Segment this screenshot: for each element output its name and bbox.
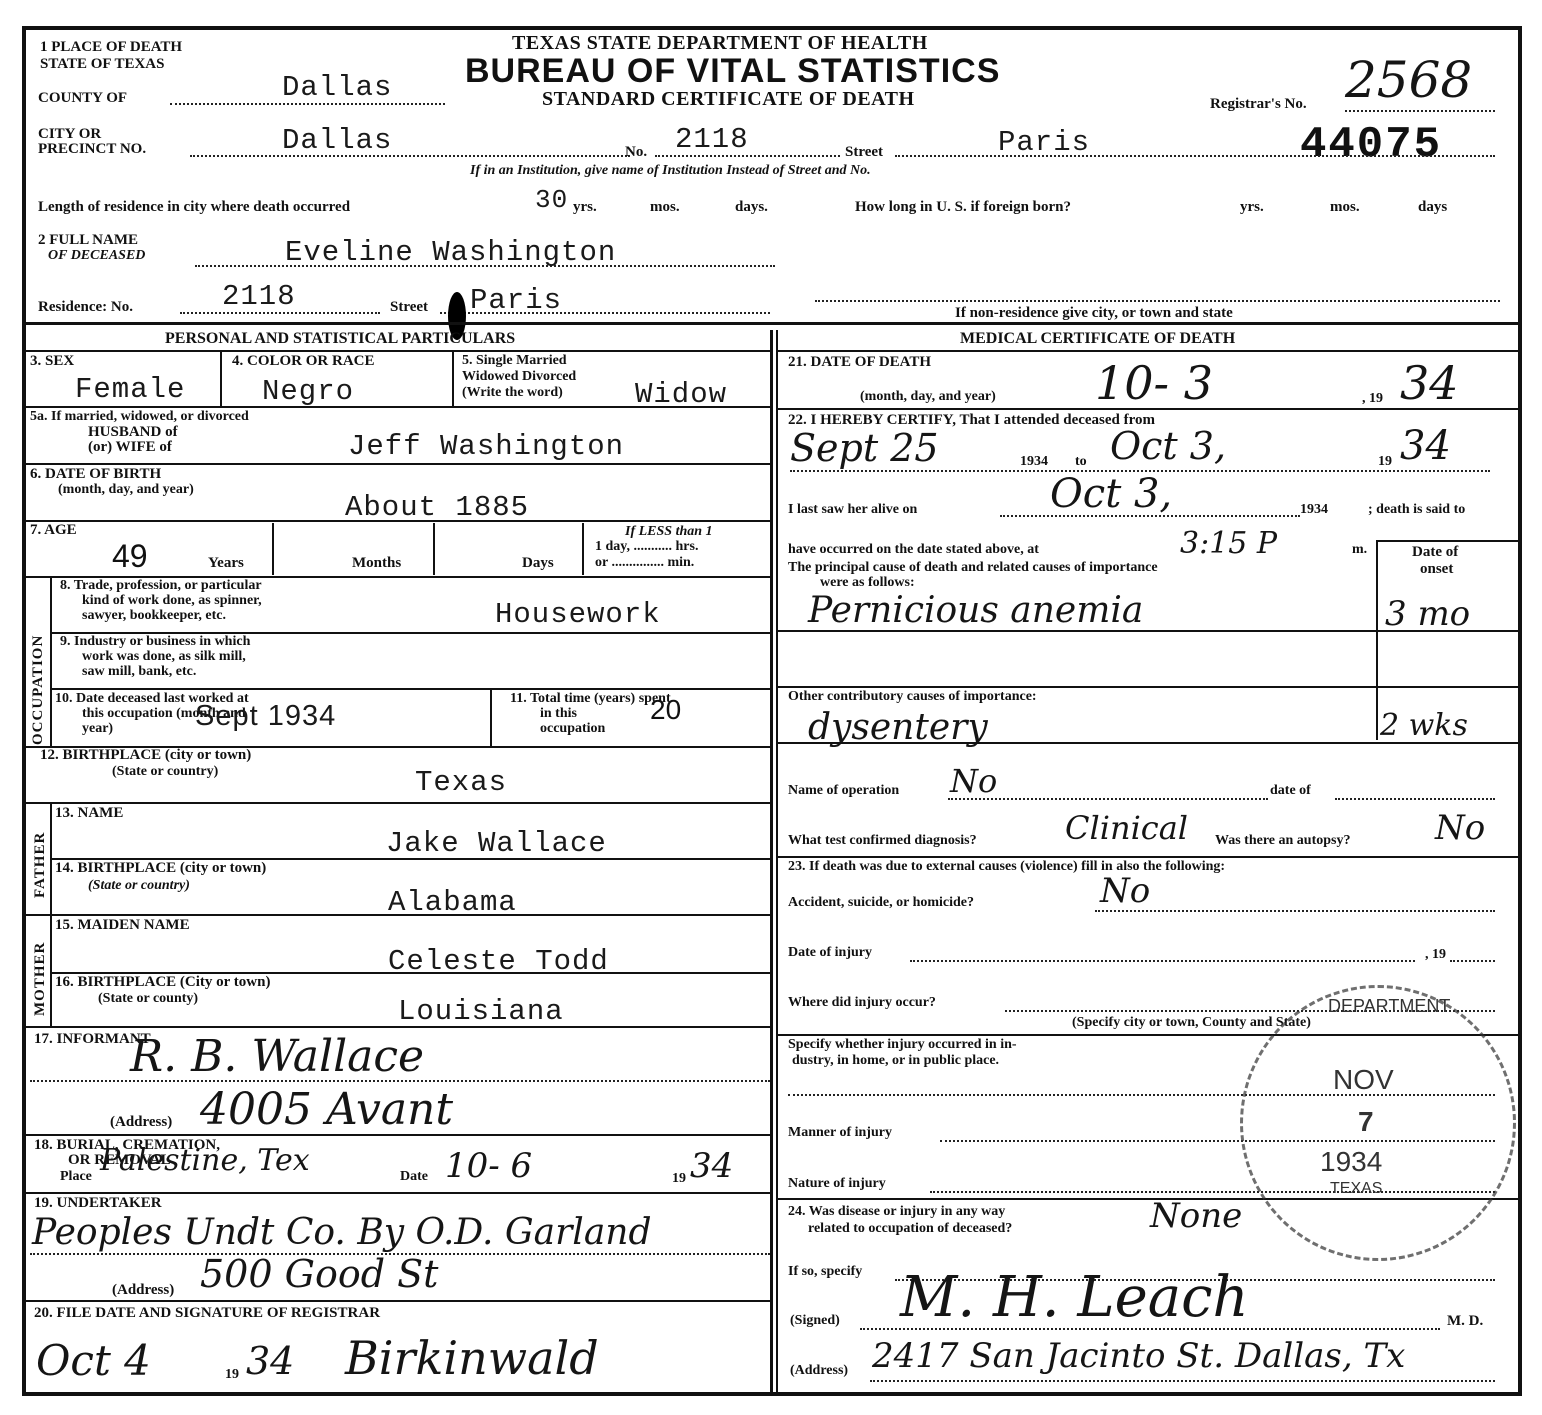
informant-line <box>30 1080 770 1082</box>
row-line <box>776 408 1518 410</box>
to-label: to <box>1075 455 1087 469</box>
county-value: Dallas <box>282 73 392 102</box>
received-stamp <box>1240 985 1516 1261</box>
marital-label-3: (Write the word) <box>462 386 563 400</box>
medical-section-title: MEDICAL CERTIFICATE OF DEATH <box>960 330 1235 348</box>
signed-label: (Signed) <box>790 1314 840 1328</box>
cause-label-2: were as follows: <box>820 576 915 590</box>
residence-street-label: Street <box>390 300 428 315</box>
row-line <box>776 742 1518 744</box>
total-time-value: 20 <box>650 694 681 726</box>
cause-onset-value: 3 mo <box>1385 598 1470 630</box>
father-vertical-label: FATHER <box>32 832 49 898</box>
days-label: Days <box>522 556 554 571</box>
row-line <box>26 802 770 804</box>
spouse-label-3: (or) WIFE of <box>88 440 172 455</box>
last-worked-value: Sept 1934 <box>195 702 336 731</box>
onset-label-2: onset <box>1420 562 1453 577</box>
occupation-related-value: None <box>1150 1200 1242 1232</box>
full-name-label-2: OF DECEASED <box>48 248 145 263</box>
marital-label-2: Widowed Divorced <box>462 370 576 384</box>
undertaker-address-value: 500 Good St <box>200 1258 438 1290</box>
row-line <box>776 686 1518 688</box>
death-said-label: ; death is said to <box>1368 503 1465 517</box>
row-line <box>26 463 770 465</box>
burial-year-value: 34 <box>690 1150 733 1182</box>
dod-label-1: 21. DATE OF DEATH <box>788 355 931 370</box>
cell-divider <box>272 523 274 575</box>
county-label: COUNTY OF <box>38 91 127 106</box>
street-no-value: 2118 <box>675 125 749 154</box>
personal-section-title: PERSONAL AND STATISTICAL PARTICULARS <box>165 330 515 348</box>
city-line <box>190 155 630 157</box>
form-title: STANDARD CERTIFICATE OF DEATH <box>542 88 915 111</box>
external-causes-label: 23. If death was due to external causes … <box>788 860 1225 874</box>
institution-note: If in an Institution, give name of Insti… <box>470 163 871 178</box>
mother-birthplace-label-2: (State or county) <box>98 992 198 1006</box>
physician-address-label: (Address) <box>790 1364 848 1378</box>
total-time-label-3: occupation <box>540 722 605 736</box>
row-line <box>50 688 770 690</box>
accident-value: No <box>1100 875 1150 907</box>
place-of-death-label: 1 PLACE OF DEATH <box>40 40 182 55</box>
father-name-value: Jake Wallace <box>386 829 607 858</box>
city-label-2: PRECINCT NO. <box>38 142 146 157</box>
street-label: Street <box>845 145 883 160</box>
physician-address-value: 2417 San Jacinto St. Dallas, Tx <box>872 1340 1405 1372</box>
dod-value: 10- 3 <box>1095 360 1213 406</box>
autopsy-value: No <box>1435 812 1485 844</box>
autopsy-label: Was there an autopsy? <box>1215 834 1350 848</box>
residence-years-value: 30 <box>535 186 568 215</box>
trade-label-3: sawyer, bookkeeper, etc. <box>82 609 226 623</box>
undertaker-value: Peoples Undt Co. By O.D. Garland <box>32 1215 652 1251</box>
stamp-top-text: DEPARTMENT <box>1328 996 1450 1017</box>
years-label: Years <box>208 556 244 571</box>
burial-place-value: Palestine, Tex <box>100 1145 310 1177</box>
injury-where-label: Where did injury occur? <box>788 996 936 1010</box>
mother-birthplace-value: Louisiana <box>398 997 564 1026</box>
trade-label-2: kind of work done, as spinner, <box>82 594 262 608</box>
row-line <box>26 1134 770 1136</box>
registrar-no-label: Registrar's No. <box>1210 97 1307 112</box>
stamp-month: NOV <box>1333 1064 1394 1096</box>
onset-divider <box>1376 540 1378 740</box>
manner-label: Manner of injury <box>788 1126 892 1140</box>
residence-no-value: 2118 <box>222 282 296 311</box>
file-date-value: Oct 4 <box>36 1340 151 1382</box>
stamp-year: 1934 <box>1320 1146 1382 1178</box>
informant-address-label: (Address) <box>110 1115 172 1130</box>
last-worked-label-3: year) <box>82 722 113 736</box>
row-line <box>26 1300 770 1302</box>
marital-value: Widow <box>635 380 727 409</box>
undertaker-address-label: (Address) <box>112 1283 174 1298</box>
marital-label-1: 5. Single Married <box>462 354 567 368</box>
registrar-no: 2568 <box>1345 55 1472 105</box>
injury-specify-label-2: dustry, in home, or in public place. <box>792 1054 999 1068</box>
city-value: Dallas <box>282 126 392 155</box>
less-than-label-3: or ............... min. <box>595 556 694 570</box>
cell-divider <box>582 523 584 575</box>
last-saw-line <box>1000 515 1300 517</box>
dod-label-2: (month, day, and year) <box>860 390 996 404</box>
nature-label: Nature of injury <box>788 1177 886 1191</box>
burial-year-prefix: 19 <box>672 1172 686 1186</box>
column-divider-2 <box>776 330 778 1392</box>
row-line <box>26 1192 770 1194</box>
stamp-day: 7 <box>1358 1106 1374 1138</box>
trade-value: Housework <box>495 600 661 629</box>
residence-no-label: Residence: No. <box>38 300 133 315</box>
foreign-yrs-label: yrs. <box>1240 200 1264 215</box>
accident-label: Accident, suicide, or homicide? <box>788 896 974 910</box>
burial-date-label: Date <box>400 1170 428 1184</box>
cell-divider <box>452 350 454 406</box>
less-than-label-1: If LESS than 1 <box>625 524 713 539</box>
spouse-value: Jeff Washington <box>348 432 624 461</box>
mother-name-label: 15. MAIDEN NAME <box>55 918 190 933</box>
row-line <box>26 1026 770 1028</box>
cell-divider <box>50 914 52 1026</box>
last-saw-label: I last saw her alive on <box>788 503 917 517</box>
deceased-name: Eveline Washington <box>285 238 616 267</box>
less-than-label-2: 1 day, ........... hrs. <box>595 540 698 554</box>
physician-signature: M. H. Leach <box>900 1270 1249 1326</box>
birthplace-label-2: (State or country) <box>112 765 218 779</box>
onset-label-1: Date of <box>1412 545 1458 560</box>
time-value: 3:15 P <box>1180 528 1277 560</box>
attended-from-year: 1934 <box>1020 455 1048 469</box>
operation-line <box>948 798 1268 800</box>
state-of-texas-label: STATE OF TEXAS <box>40 57 164 72</box>
residence-street-value: Paris <box>470 286 562 315</box>
mother-birthplace-label-1: 16. BIRTHPLACE (City or town) <box>55 975 270 990</box>
md-label: M. D. <box>1447 1314 1483 1329</box>
cause-value: Pernicious anemia <box>808 595 1143 627</box>
race-value: Negro <box>262 377 354 406</box>
operation-label: Name of operation <box>788 784 899 798</box>
column-divider <box>770 330 773 1392</box>
foreign-born-label: How long in U. S. if foreign born? <box>855 200 1071 215</box>
street-no-label: No. <box>625 145 647 160</box>
father-name-label: 13. NAME <box>55 806 123 821</box>
cell-divider <box>50 576 52 746</box>
city-label-1: CITY OR <box>38 127 101 142</box>
industry-label-3: saw mill, bank, etc. <box>82 665 196 679</box>
file-date-label: 20. FILE DATE AND SIGNATURE OF REGISTRAR <box>34 1306 380 1321</box>
cell-divider <box>490 688 492 746</box>
test-label: What test confirmed diagnosis? <box>788 834 977 848</box>
race-label: 4. COLOR OR RACE <box>232 354 375 369</box>
injury-year-line <box>1450 960 1495 962</box>
stamp-bottom-text: TEXAS <box>1330 1180 1382 1198</box>
registrar-signature: Birkinwald <box>345 1335 599 1381</box>
row-line <box>776 856 1518 858</box>
undertaker-label: 19. UNDERTAKER <box>34 1196 162 1211</box>
injury-where-note: (Specify city or town, County and State) <box>1072 1016 1311 1030</box>
operation-date-line <box>1335 798 1495 800</box>
industry-label-2: work was done, as silk mill, <box>82 650 246 664</box>
registrar-no-line <box>1345 110 1495 112</box>
injury-year-prefix: , 19 <box>1425 948 1446 962</box>
last-saw-value: Oct 3, <box>1050 478 1172 510</box>
birthplace-label-1: 12. BIRTHPLACE (city or town) <box>40 748 251 763</box>
dob-label-1: 6. DATE OF BIRTH <box>30 467 161 482</box>
attended-to-year-value: 34 <box>1400 430 1451 462</box>
age-label: 7. AGE <box>30 523 77 538</box>
file-year-value: 34 <box>246 1345 294 1377</box>
spouse-label-2: HUSBAND of <box>88 425 178 440</box>
row-line <box>26 406 770 408</box>
signed-line <box>860 1328 1440 1330</box>
row-line <box>776 630 1518 632</box>
dob-label-2: (month, day, and year) <box>58 483 194 497</box>
occupation-related-label-1: 24. Was disease or injury in any way <box>788 1205 1005 1219</box>
operation-date-label: date of <box>1270 784 1311 798</box>
street-value: Paris <box>998 128 1090 157</box>
contrib-onset-value: 2 wks <box>1380 710 1468 742</box>
father-birthplace-value: Alabama <box>388 888 517 917</box>
burial-date-value: 10- 6 <box>445 1150 532 1182</box>
foreign-days-label: days <box>1418 200 1447 215</box>
foreign-mos-label: mos. <box>1330 200 1360 215</box>
attended-from-value: Sept 25 <box>790 432 939 464</box>
injury-date-line <box>910 960 1415 962</box>
birthplace-value: Texas <box>415 768 507 797</box>
contrib-label: Other contributory causes of importance: <box>788 690 1037 704</box>
test-value: Clinical <box>1065 812 1188 844</box>
months-label: Months <box>352 556 401 571</box>
dob-value: About 1885 <box>345 493 529 522</box>
last-saw-year: 1934 <box>1300 503 1328 517</box>
informant-value: R. B. Wallace <box>130 1035 424 1079</box>
industry-label-1: 9. Industry or business in which <box>60 635 250 649</box>
father-birthplace-label-2: (State or country) <box>88 878 190 893</box>
sex-value: Female <box>75 375 185 404</box>
divider <box>26 322 1518 325</box>
contrib-value: dysentery <box>808 712 988 744</box>
row-line <box>26 520 770 522</box>
cell-divider <box>433 523 435 575</box>
burial-place-label: Place <box>60 1170 92 1184</box>
nonresidence-note: If non-residence give city, or town and … <box>955 306 1233 321</box>
occurred-label: have occurred on the date stated above, … <box>788 543 1039 557</box>
total-time-label-2: in this <box>540 707 577 721</box>
spouse-label-1: 5a. If married, widowed, or divorced <box>30 410 249 424</box>
street-line <box>895 155 1495 157</box>
attended-to-year-prefix: 19 <box>1378 455 1392 469</box>
dod-year-prefix: , 19 <box>1362 392 1383 406</box>
bureau-title: BUREAU OF VITAL STATISTICS <box>465 52 1000 91</box>
age-years-value: 49 <box>112 538 148 575</box>
father-birthplace-label-1: 14. BIRTHPLACE (city or town) <box>55 861 266 876</box>
physician-address-line <box>870 1380 1495 1382</box>
injury-specify-label-1: Specify whether injury occurred in in- <box>788 1038 1017 1052</box>
full-name-label-1: 2 FULL NAME <box>38 233 138 248</box>
row-line <box>26 914 770 916</box>
file-year-prefix: 19 <box>225 1368 239 1382</box>
nonresidence-line <box>815 300 1500 302</box>
injury-date-label: Date of injury <box>788 946 872 960</box>
row-line <box>26 350 770 352</box>
dod-year-value: 34 <box>1400 360 1459 406</box>
total-time-label-1: 11. Total time (years) spent <box>510 692 671 706</box>
residence-days-label: days. <box>735 200 768 215</box>
sex-label: 3. SEX <box>30 354 74 369</box>
cell-divider <box>220 350 222 406</box>
cause-label-1: The principal cause of death and related… <box>788 561 1158 575</box>
onset-box-top <box>1376 540 1518 542</box>
if-so-label: If so, specify <box>788 1265 862 1279</box>
informant-address-value: 4005 Avant <box>200 1088 453 1132</box>
operation-value: No <box>950 765 997 797</box>
attended-to-value: Oct 3, <box>1110 430 1226 462</box>
residence-mos-label: mos. <box>650 200 680 215</box>
row-line <box>776 350 1518 352</box>
occupation-vertical-label: OCCUPATION <box>30 635 47 745</box>
trade-label-1: 8. Trade, profession, or particular <box>60 579 262 593</box>
residence-length-label: Length of residence in city where death … <box>38 200 350 215</box>
file-number: 44075 <box>1300 120 1442 170</box>
residence-yrs-label: yrs. <box>573 200 597 215</box>
mother-vertical-label: MOTHER <box>32 942 49 1016</box>
occupation-related-label-2: related to occupation of deceased? <box>808 1222 1012 1236</box>
accident-line <box>1095 910 1495 912</box>
m-label: m. <box>1352 543 1367 557</box>
